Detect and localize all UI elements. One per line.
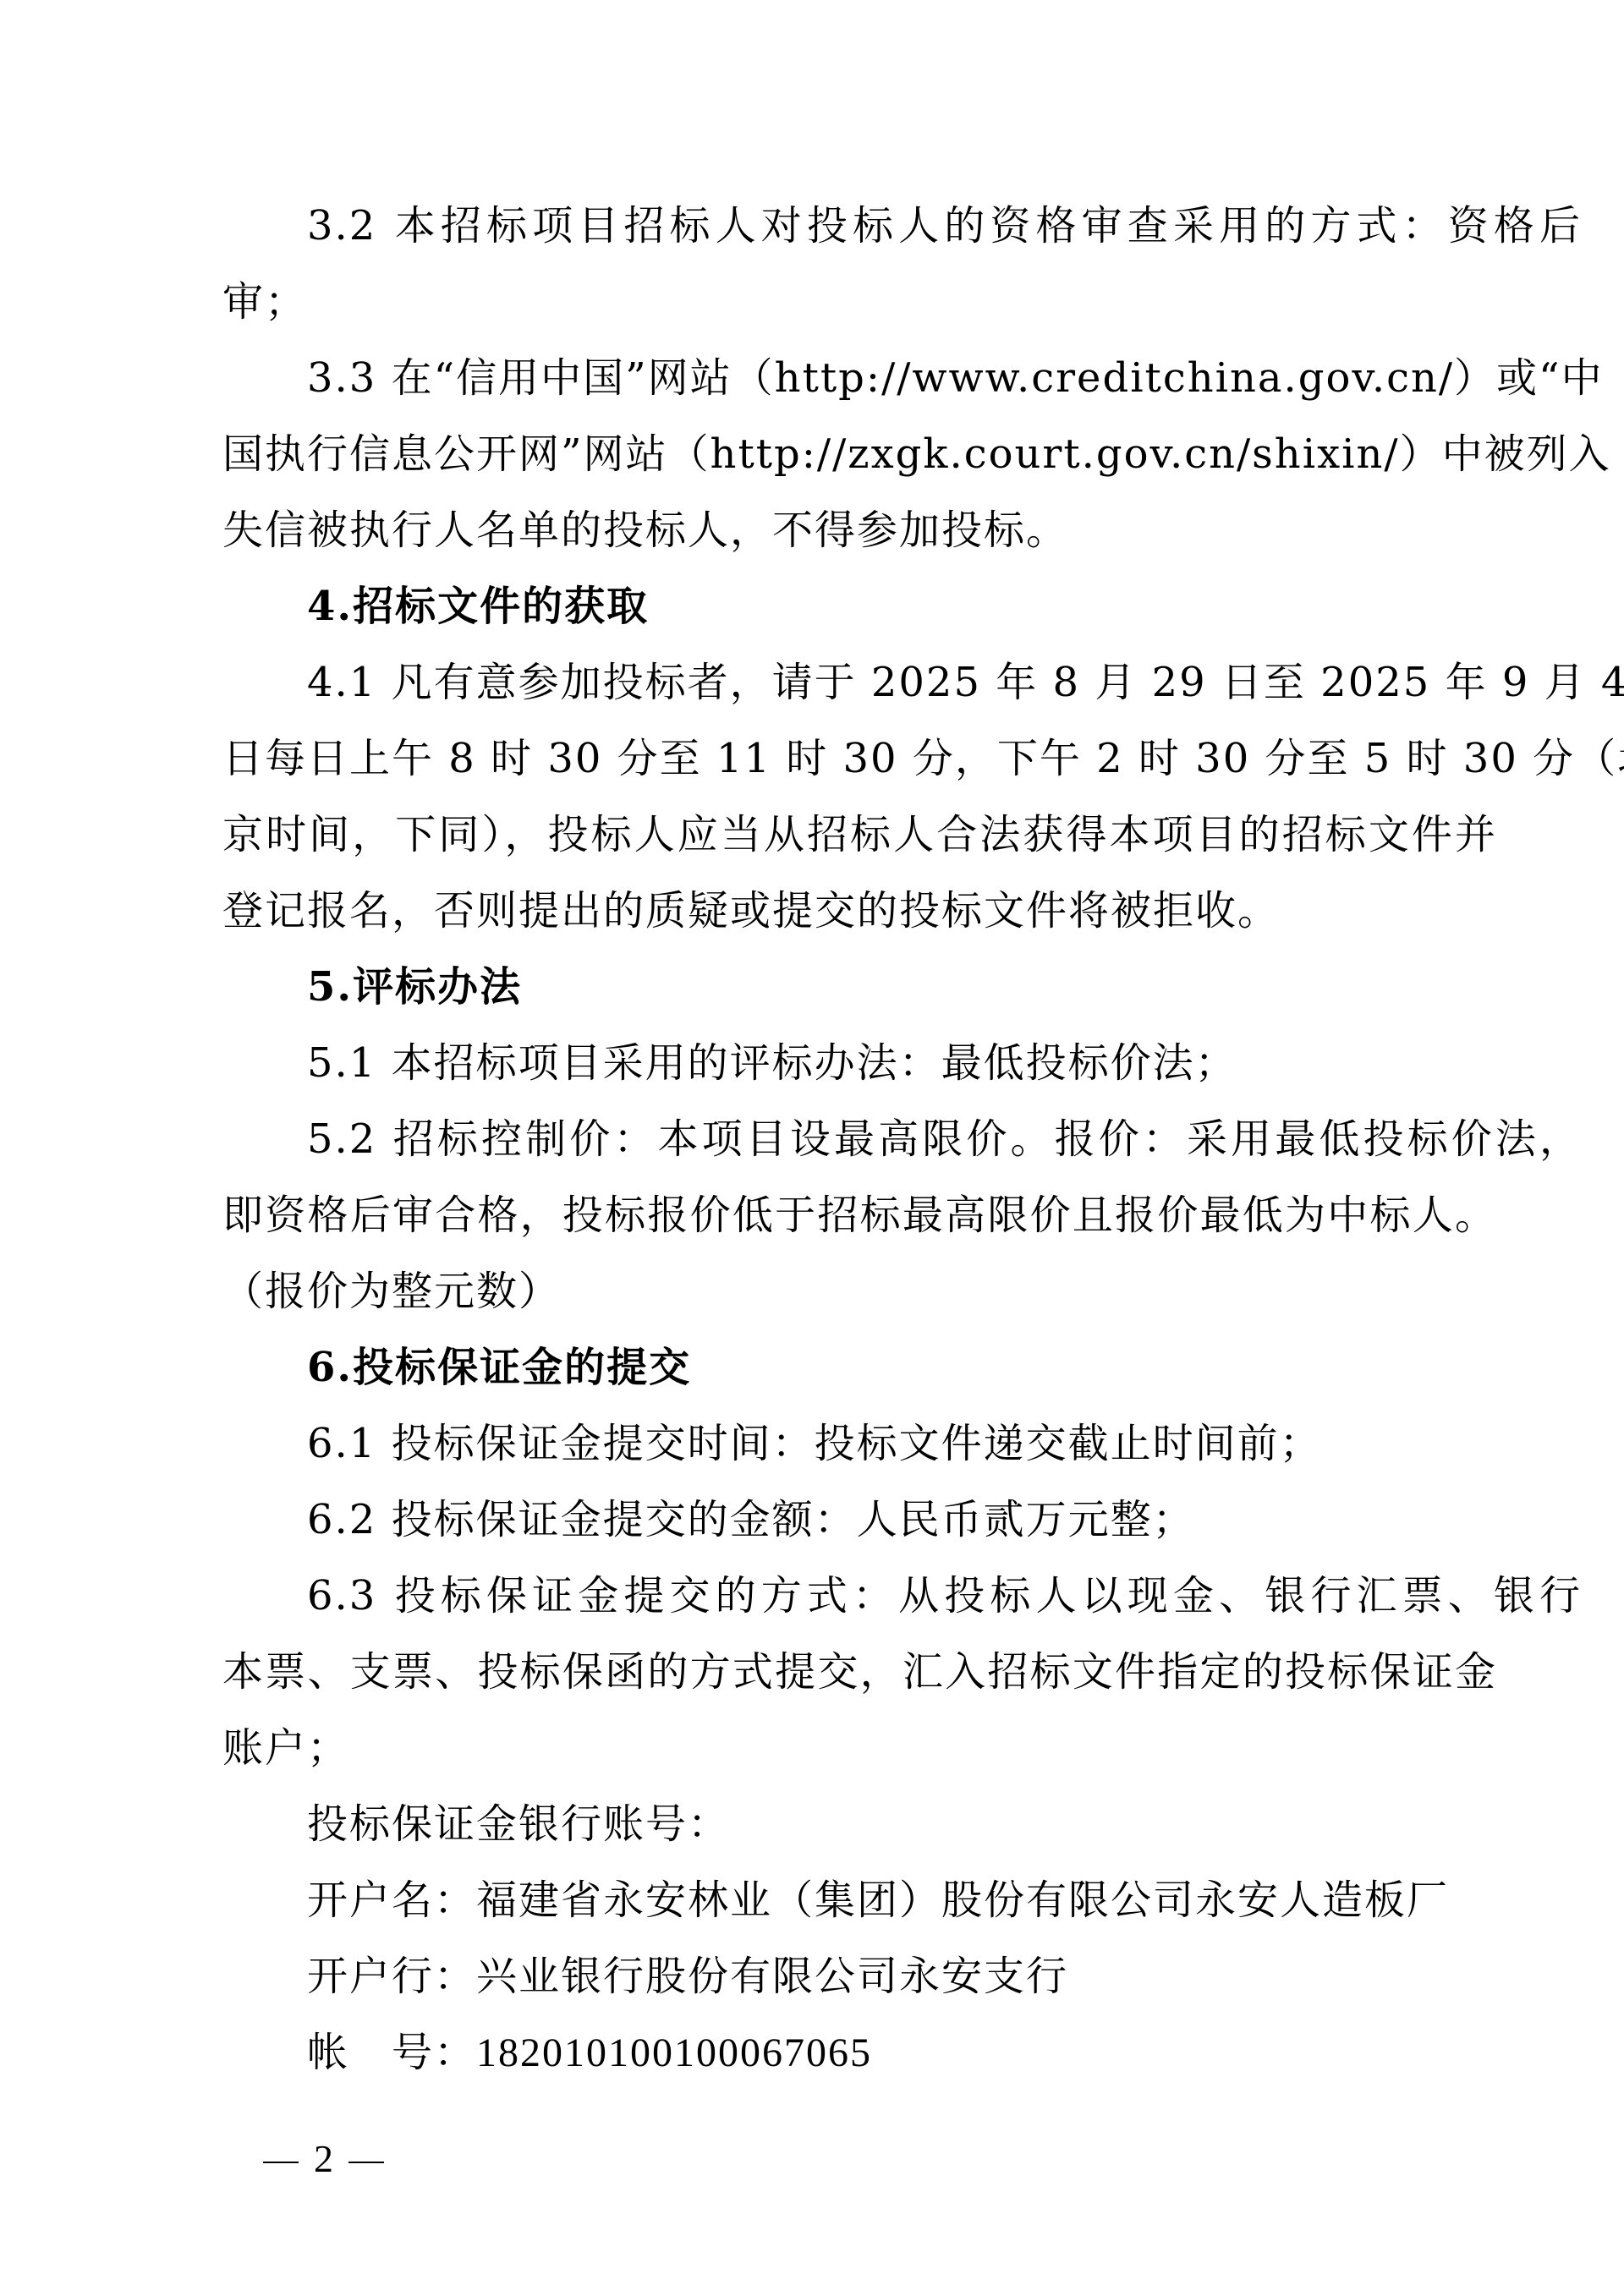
section-5-heading: 5.评标办法 — [222, 949, 1500, 1025]
bank-account-title: 投标保证金银行账号： — [222, 1786, 1500, 1862]
clause-6-3-line-1: 6.3 投标保证金提交的方式：从投标人以现金、银行汇票、银行 — [222, 1558, 1582, 1634]
account-number-label-part-1: 帐 — [307, 2029, 349, 2076]
bank-value: 兴业银行股份有限公司永安支行 — [476, 1953, 1068, 2000]
document-page: 3.2 本招标项目招标人对投标人的资格审查采用的方式：资格后 审； 3.3 在“… — [222, 188, 1500, 2091]
footer-dash-right — [348, 2162, 384, 2163]
clause-4-1-line-1: 4.1 凡有意参加投标者，请于 2025 年 8 月 29 日至 2025 年 … — [222, 644, 1582, 721]
clause-5-2-line-1: 5.2 招标控制价：本项目设最高限价。报价：采用最低投标价法， — [222, 1101, 1582, 1177]
footer-dash-left — [263, 2162, 299, 2163]
clause-4-1-line-4: 登记报名，否则提出的质疑或提交的投标文件将被拒收。 — [222, 873, 1500, 949]
clause-4-1-line-2: 日每日上午 8 时 30 分至 11 时 30 分，下午 2 时 30 分至 5… — [222, 721, 1497, 797]
account-name-label: 开户名： — [307, 1877, 476, 1924]
account-number-row: 帐号：182010100100067065 — [222, 2014, 1500, 2091]
clause-3-3-line-1: 3.3 在“信用中国”网站（http://www.creditchina.gov… — [222, 340, 1582, 416]
clause-5-1-line-1: 5.1 本招标项目采用的评标办法：最低投标价法； — [222, 1025, 1500, 1101]
clause-3-2-line-1: 3.2 本招标项目招标人对投标人的资格审查采用的方式：资格后 — [222, 188, 1582, 264]
page-number: 2 — [314, 2137, 333, 2180]
account-name-value: 福建省永安林业（集团）股份有限公司永安人造板厂 — [476, 1877, 1449, 1924]
account-number-label-part-2: 号： — [392, 2029, 476, 2076]
page-footer: 2 — [248, 2138, 399, 2180]
bank-label: 开户行： — [307, 1953, 476, 2000]
clause-3-2-line-2: 审； — [222, 264, 1500, 340]
clause-6-3-line-2: 本票、支票、投标保函的方式提交，汇入招标文件指定的投标保证金 — [222, 1634, 1497, 1710]
clause-3-3-line-3: 失信被执行人名单的投标人，不得参加投标。 — [222, 492, 1500, 568]
account-number-value: 182010100100067065 — [476, 2030, 872, 2075]
clause-3-3-line-2: 国执行信息公开网”网站（http://zxgk.court.gov.cn/shi… — [222, 416, 1497, 492]
clause-4-1-line-3: 京时间，下同），投标人应当从招标人合法获得本项目的招标文件并 — [222, 797, 1497, 873]
clause-6-3-line-3: 账户； — [222, 1710, 1500, 1786]
clause-5-2-line-2: 即资格后审合格，投标报价低于招标最高限价且报价最低为中标人。 — [222, 1177, 1497, 1253]
clause-6-1-line-1: 6.1 投标保证金提交时间：投标文件递交截止时间前； — [222, 1406, 1500, 1482]
bank-account-name-row: 开户名：福建省永安林业（集团）股份有限公司永安人造板厂 — [222, 1862, 1500, 1938]
clause-5-2-line-3: （报价为整元数） — [222, 1253, 1500, 1329]
section-6-heading: 6.投标保证金的提交 — [222, 1329, 1500, 1406]
clause-6-2-line-1: 6.2 投标保证金提交的金额：人民币贰万元整； — [222, 1482, 1500, 1558]
bank-name-row: 开户行：兴业银行股份有限公司永安支行 — [222, 1938, 1500, 2014]
section-4-heading: 4.招标文件的获取 — [222, 568, 1500, 644]
